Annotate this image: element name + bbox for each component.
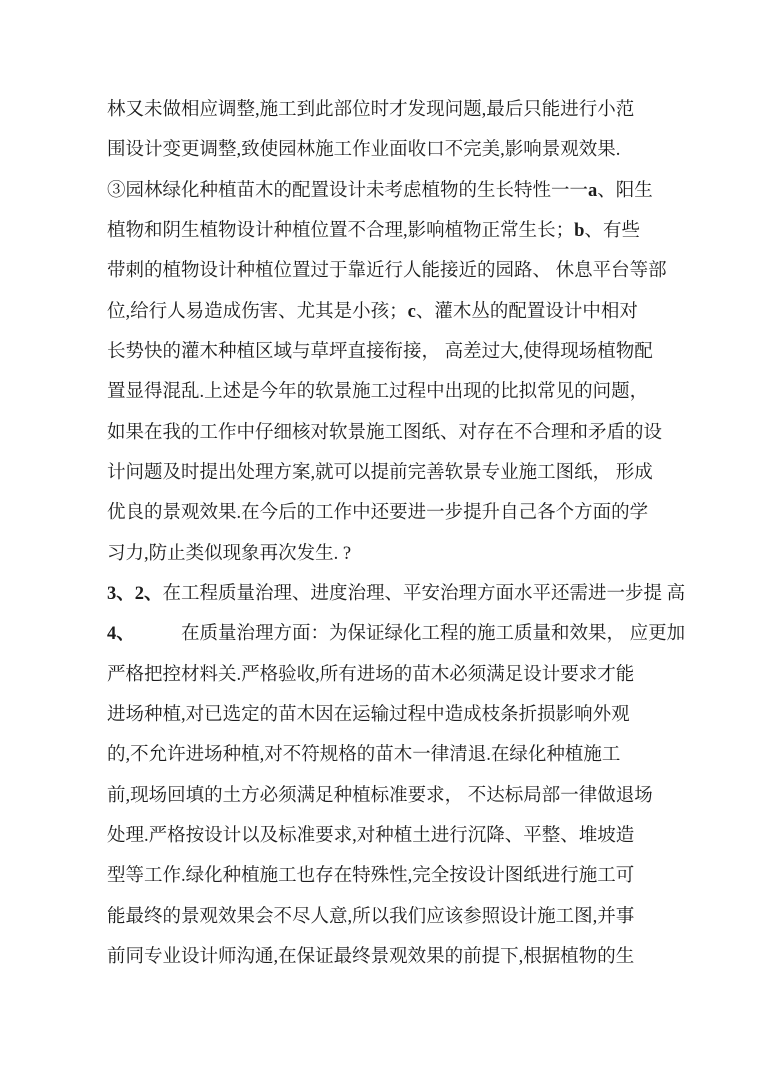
text-line: 的,不允许进场种植,对不符规格的苗木一律清退.在绿化种植施工 [107, 735, 667, 775]
text-segment: 位,给行人易造成伤害、尤其是小孩； [107, 302, 408, 322]
text-segment: 在工程质量治理、进度治理、平安治理方面水平还需进一步提 高 [163, 584, 686, 604]
text-segment-bold: 3、2、 [107, 584, 163, 604]
text-line: 优良的景观效果.在今后的工作中还要进一步提升自己各个方面的学 [107, 493, 667, 533]
text-line: 习力,防止类似现象再次发生. ? [107, 534, 667, 574]
text-segment: 在质量治理方面：为保证绿化工程的施工质量和效果， 应更加 [126, 624, 686, 644]
text-segment: 林又未做相应调整,施工到此部位时才发现问题,最后只能进行小范 [107, 100, 634, 120]
text-line: ③园林绿化种植苗木的配置设计未考虑植物的生长特性一一a、阳生 [107, 171, 667, 211]
text-line: 林又未做相应调整,施工到此部位时才发现问题,最后只能进行小范 [107, 90, 667, 130]
text-line: 处理.严格按设计以及标准要求,对种植土进行沉降、平整、堆坡造 [107, 816, 667, 856]
text-segment: 进场种植,对已选定的苗木因在运输过程中造成枝条折损影响外观 [107, 705, 630, 725]
text-segment: 围设计变更调整,致使园林施工作业面收口不完美,影响景观效果. [107, 140, 620, 160]
text-line: 计问题及时提出处理方案,就可以提前完善软景专业施工图纸， 形成 [107, 453, 667, 493]
text-line: 带刺的植物设计种植位置过于靠近行人能接近的园路、 休息平台等部 [107, 251, 667, 291]
text-line: 前同专业设计师沟通,在保证最终景观效果的前提下,根据植物的生 [107, 937, 667, 977]
text-line: 进场种植,对已选定的苗木因在运输过程中造成枝条折损影响外观 [107, 695, 667, 735]
document-text-block: 林又未做相应调整,施工到此部位时才发现问题,最后只能进行小范围设计变更调整,致使… [107, 90, 667, 977]
text-segment: 长势快的灌木种植区域与草坪直接衔接， 高差过大,使得现场植物配 [107, 342, 653, 362]
document-page: 林又未做相应调整,施工到此部位时才发现问题,最后只能进行小范围设计变更调整,致使… [0, 0, 762, 1080]
text-line: 长势快的灌木种植区域与草坪直接衔接， 高差过大,使得现场植物配 [107, 332, 667, 372]
text-line: 如果在我的工作中仔细核对软景施工图纸、对存在不合理和矛盾的设 [107, 413, 667, 453]
text-segment: 、有些 [584, 221, 640, 241]
text-segment: 前,现场回填的土方必须满足种植标准要求， 不达标局部一律做退场 [107, 786, 653, 806]
text-segment: 植物和阴生植物设计种植位置不合理,影响植物正常生长； [107, 221, 574, 241]
text-line: 能最终的景观效果会不尽人意,所以我们应该参照设计施工图,并事 [107, 897, 667, 937]
text-segment: 、阳生 [597, 181, 653, 201]
text-segment: 前同专业设计师沟通,在保证最终景观效果的前提下,根据植物的生 [107, 947, 634, 967]
text-line: 置显得混乱.上述是今年的软景施工过程中出现的比拟常见的问题， [107, 372, 667, 412]
text-line: 型等工作.绿化种植施工也存在特殊性,完全按设计图纸进行施工可 [107, 856, 667, 896]
text-segment: 置显得混乱.上述是今年的软景施工过程中出现的比拟常见的问题， [107, 382, 648, 402]
text-line: 前,现场回填的土方必须满足种植标准要求， 不达标局部一律做退场 [107, 776, 667, 816]
text-segment: 的,不允许进场种植,对不符规格的苗木一律清退.在绿化种植施工 [107, 745, 620, 765]
text-segment: 计问题及时提出处理方案,就可以提前完善软景专业施工图纸， 形成 [107, 463, 653, 483]
text-line: 严格把控材料关.严格验收,所有进场的苗木必须满足设计要求才能 [107, 655, 667, 695]
text-segment-bold: b [574, 221, 584, 241]
text-segment: 、灌木丛的配置设计中相对 [416, 302, 638, 322]
text-segment: 优良的景观效果.在今后的工作中还要进一步提升自己各个方面的学 [107, 503, 648, 523]
text-line: 4、 在质量治理方面：为保证绿化工程的施工质量和效果， 应更加 [107, 614, 667, 654]
text-segment: 习力,防止类似现象再次发生. ? [107, 544, 351, 564]
text-line: 围设计变更调整,致使园林施工作业面收口不完美,影响景观效果. [107, 130, 667, 170]
text-line: 位,给行人易造成伤害、尤其是小孩；c、灌木丛的配置设计中相对 [107, 292, 667, 332]
text-segment-bold: a [588, 181, 597, 201]
text-segment: 处理.严格按设计以及标准要求,对种植土进行沉降、平整、堆坡造 [107, 826, 634, 846]
text-segment: 型等工作.绿化种植施工也存在特殊性,完全按设计图纸进行施工可 [107, 866, 634, 886]
text-segment-bold: 4、 [107, 624, 126, 644]
text-segment: 带刺的植物设计种植位置过于靠近行人能接近的园路、 休息平台等部 [107, 261, 667, 281]
text-segment-bold: c [408, 302, 416, 322]
text-line: 3、2、在工程质量治理、进度治理、平安治理方面水平还需进一步提 高 [107, 574, 667, 614]
text-line: 植物和阴生植物设计种植位置不合理,影响植物正常生长；b、有些 [107, 211, 667, 251]
text-segment: 能最终的景观效果会不尽人意,所以我们应该参照设计施工图,并事 [107, 907, 634, 927]
text-segment: ③园林绿化种植苗木的配置设计未考虑植物的生长特性一一 [107, 181, 588, 201]
text-segment: 如果在我的工作中仔细核对软景施工图纸、对存在不合理和矛盾的设 [107, 423, 662, 443]
text-segment: 严格把控材料关.严格验收,所有进场的苗木必须满足设计要求才能 [107, 665, 634, 685]
